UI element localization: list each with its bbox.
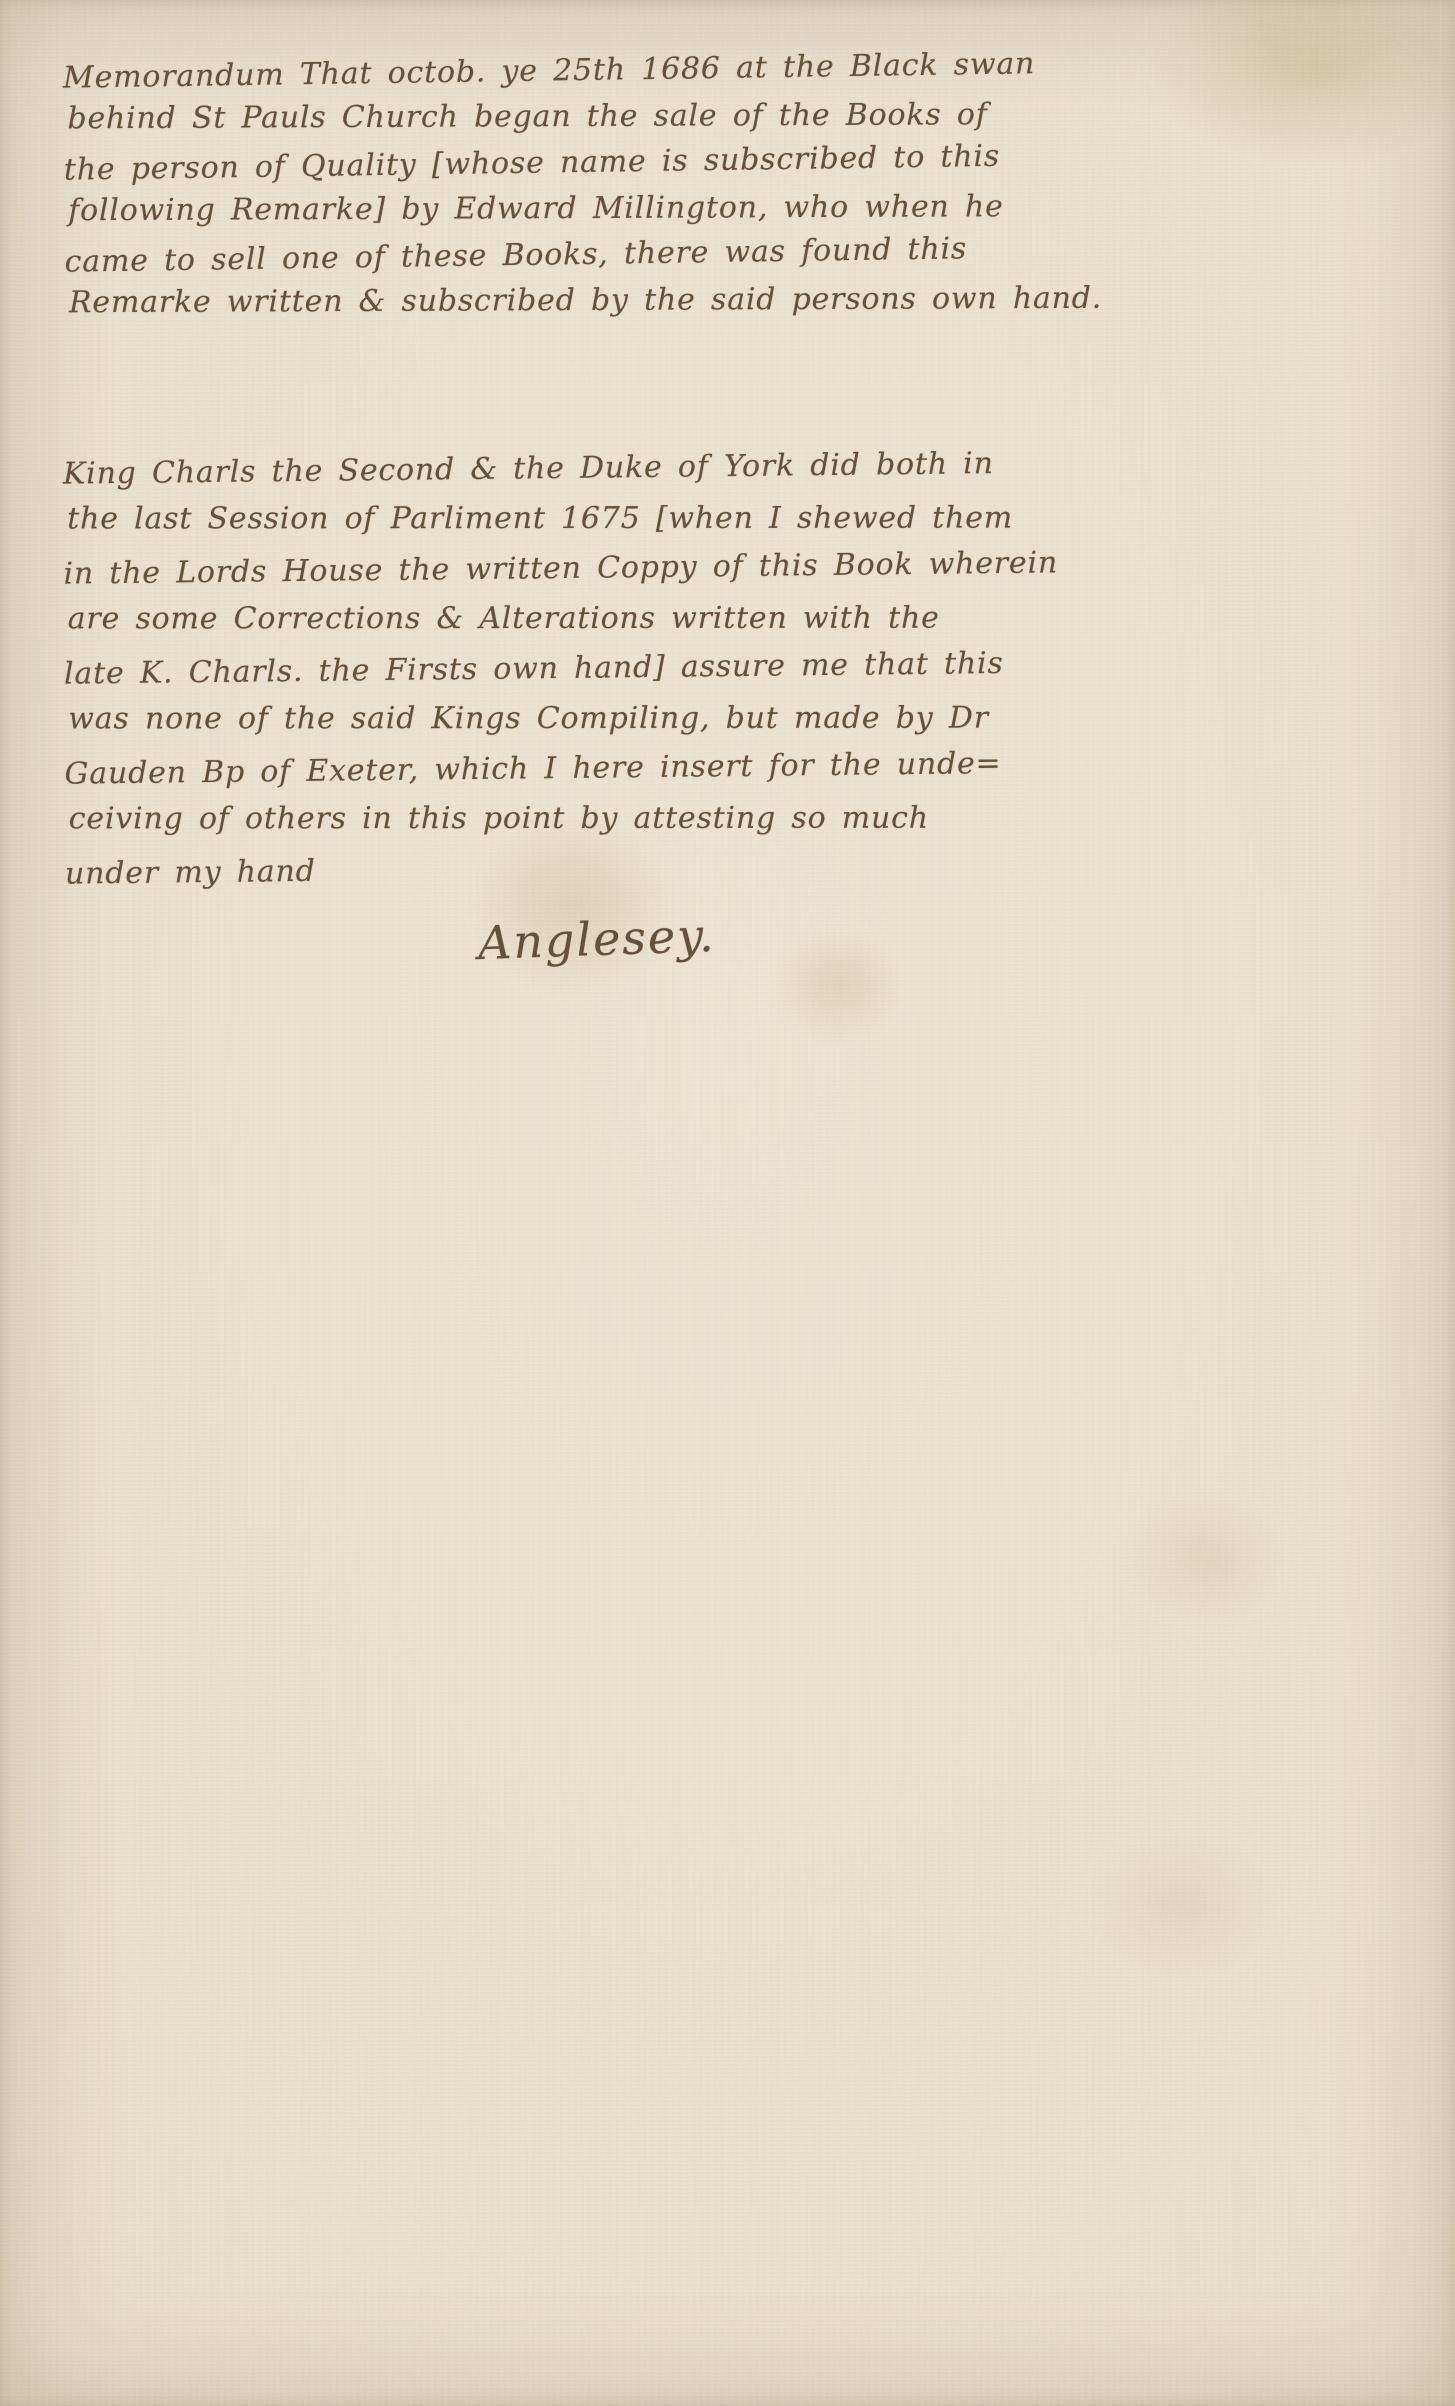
handwritten-line: Remarke written & subscribed by the said… [69, 276, 1102, 327]
memorandum-paragraph: Memorandum That octob. ye 25th 1686 at t… [63, 43, 1098, 328]
remarke-paragraph: King Charls the Second & the Duke of Yor… [63, 441, 1060, 896]
handwritten-line: ceiving of others in this point by attes… [69, 794, 1064, 845]
manuscript-page: Memorandum That octob. ye 25th 1686 at t… [0, 0, 1455, 2406]
signature: Anglesey. [477, 908, 716, 970]
handwritten-line: under my hand [65, 838, 1060, 899]
handwritten-line: late K. Charls. the Firsts own hand] ass… [64, 638, 1059, 699]
handwritten-line: are some Corrections & Alterations writt… [68, 594, 1063, 645]
handwritten-line: King Charls the Second & the Duke of Yor… [63, 438, 1058, 499]
handwritten-line: in the Lords House the written Coppy of … [63, 538, 1058, 599]
handwritten-line: was none of the said Kings Compiling, bu… [68, 694, 1063, 745]
handwritten-line: the last Session of Parliment 1675 [when… [67, 494, 1062, 545]
handwritten-line: Gauden Bp of Exeter, which I here insert… [64, 738, 1059, 799]
